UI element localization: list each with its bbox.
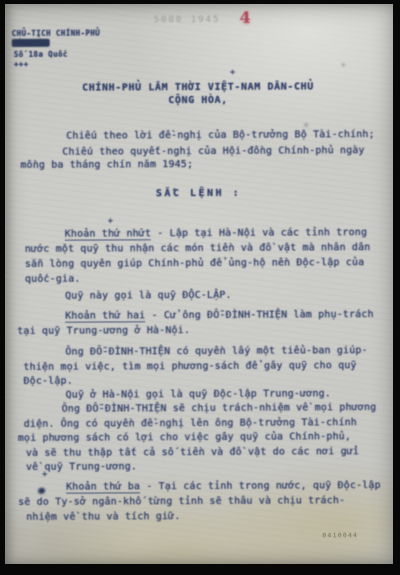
- preamble-line-1: Chiếu theo lời đề-nghị của Bộ-trưởng Bộ …: [66, 129, 375, 142]
- document-line: nước một quỹ thu nhận các món tiền và đồ…: [25, 242, 371, 255]
- archive-stamp: 0410044: [322, 531, 358, 539]
- document-line: và sẽ thu thập tất cả số tiền và đồ vật …: [26, 446, 359, 459]
- document-line: tại quỹ Trung-ương ở Hà-Nội.: [17, 325, 190, 337]
- document-line: sẽ do Ty-sở ngân-khố từng tỉnh sẽ thâu v…: [18, 495, 345, 508]
- preamble-line-3: mồng ba tháng chín năm 1945;: [20, 159, 193, 171]
- margin-plus-mark: +: [42, 470, 48, 480]
- letterhead-office: CHỦ-TỊCH CHÍNH-PHỦ: [12, 29, 101, 38]
- decree-heading: SẮC LỆNH :: [5, 187, 393, 200]
- stain-speck: [342, 63, 345, 66]
- document-line: thiện mọi việc, tìm mọi phương-sách để g…: [23, 360, 356, 373]
- article3-line1: Khoản thứ ba - Tại các tỉnh trong nước, …: [66, 480, 381, 493]
- document-line: - Tại các tỉnh trong nước, quỹ Độc-lập: [140, 480, 381, 492]
- margin-plus-mark: +: [108, 216, 114, 226]
- ink-blot-mark: [38, 488, 45, 494]
- letterhead-inked-line: LÂM-THỜI: [12, 39, 50, 47]
- document-line: Độc-lập.: [23, 376, 72, 387]
- document-line: sẵn lòng quyên giúp Chính-phủ để ủng-hộ …: [25, 257, 364, 270]
- stain-speck: [304, 123, 308, 126]
- document-line: Quỹ ở Hà-Nội gọi là quỹ Độc-lập Trung-ươ…: [66, 388, 331, 400]
- scanned-document-sheet: 5000 1945 4 CHỦ-TỊCH CHÍNH-PHỦ LÂM-THỜI …: [5, 4, 393, 564]
- document-content: 5000 1945 4 CHỦ-TỊCH CHÍNH-PHỦ LÂM-THỜI …: [4, 3, 395, 565]
- document-line: Ông ĐỖ-ĐÌNH-THIỆN sẽ chịu trách-nhiệm về…: [62, 402, 377, 415]
- letterhead-ref-number: Số 18a Quốc: [14, 50, 68, 59]
- pencil-note: 5000 1945: [154, 15, 221, 25]
- document-line: Ông ĐỖ-ĐÌNH-THIỆN có quyền lấy một tiểu-…: [65, 345, 367, 358]
- document-line: - Cử ông ĐỖ-ĐÌNH-THIỆN làm phụ-trách: [145, 309, 373, 321]
- preamble-line-2: Chiếu theo quyết-nghị của Hội-đồng Chính…: [62, 145, 364, 158]
- article2-heading: Khoản thứ hai: [65, 310, 145, 322]
- document-line: nhiệm về thu và tích giữ.: [26, 511, 180, 523]
- article1-heading: Khoản thứ nhứt: [65, 228, 151, 240]
- govt-title-line2: CỘNG HÒA,: [4, 94, 392, 107]
- article2-line1: Khoản thứ hai - Cử ông ĐỖ-ĐÌNH-THIỆN làm…: [65, 309, 374, 322]
- title-cross-icon: +: [230, 68, 236, 78]
- red-page-number: 4: [240, 8, 251, 27]
- article3-heading: Khoản thứ ba: [66, 481, 140, 493]
- document-line: mọi phương sách có lợi cho việc gây quỹ …: [18, 431, 351, 444]
- document-line: - Lập tại Hà-Nội và các tỉnh trong: [151, 227, 367, 239]
- letterhead-separator: +++: [14, 60, 29, 69]
- document-line: Quỹ này gọi là quỹ ĐỘC-LẬP.: [65, 290, 232, 302]
- article1-line1: Khoản thứ nhứt - Lập tại Hà-Nội và các t…: [65, 227, 367, 240]
- govt-title-line1: CHÍNH-PHỦ LÂM THỜI VIỆT-NAM DÂN-CHỦ: [4, 81, 392, 94]
- document-line: quốc-gia.: [25, 274, 81, 285]
- document-line: diện. Ông có quyền đề-nghị lên ông Bộ-tr…: [24, 417, 357, 430]
